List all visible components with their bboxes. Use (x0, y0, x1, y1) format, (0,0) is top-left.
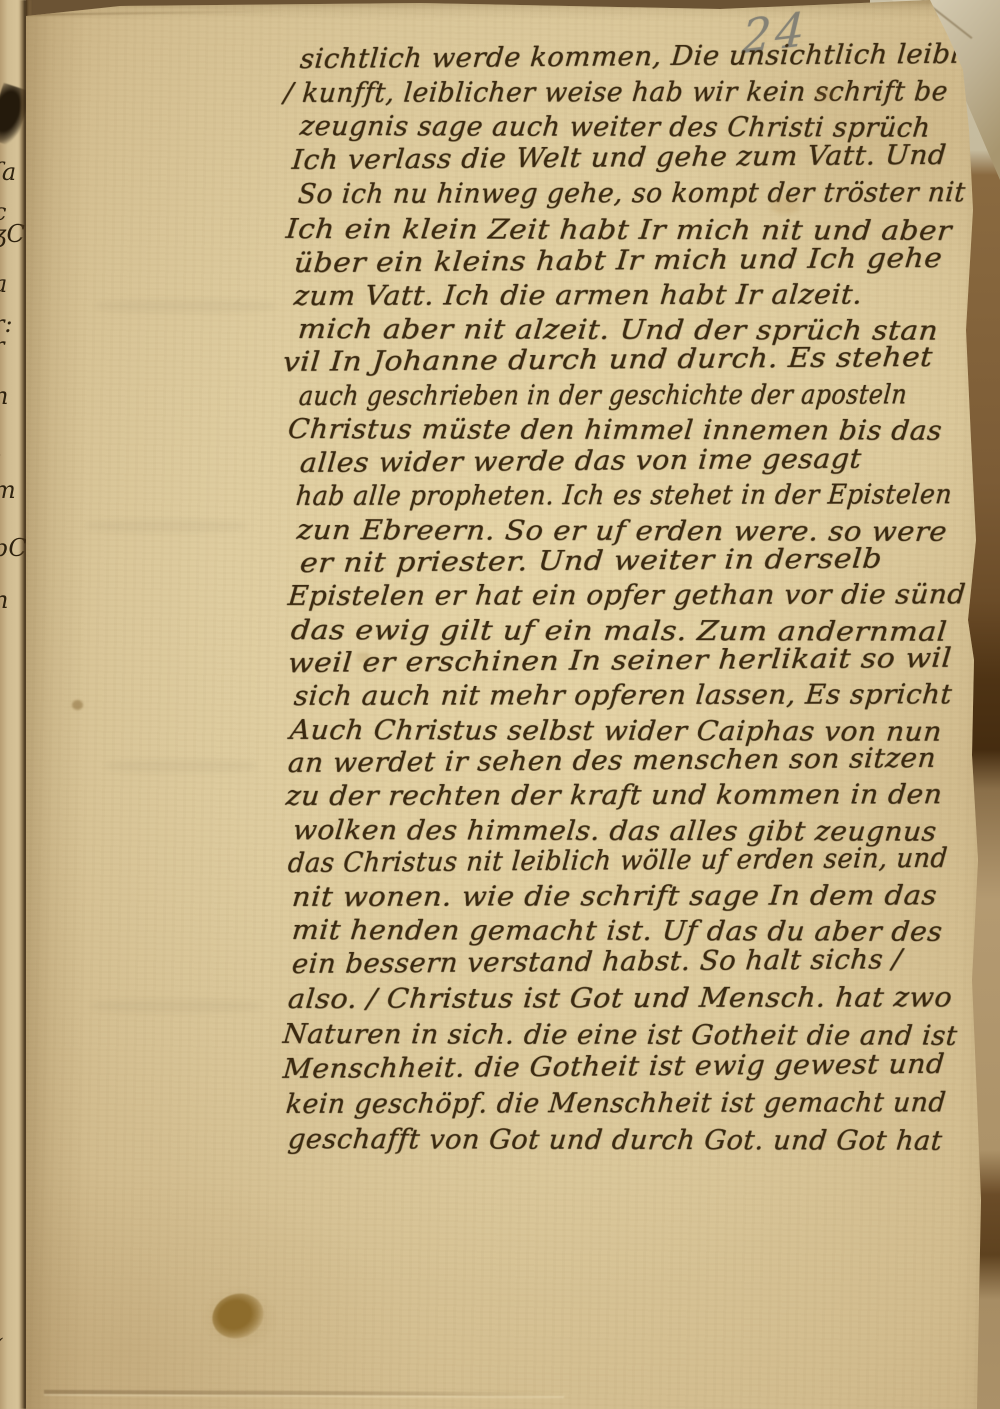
manuscript-line: zu der rechten der kraft und kommen in d… (285, 781, 944, 810)
bleedthrough-mark: m (0, 478, 16, 502)
manuscript-line: nit wonen. wie die schrift sage In dem d… (291, 882, 938, 911)
bleedthrough-mark: ( (0, 1336, 2, 1360)
manuscript-line: zum Vatt. Ich die armen habt Ir alzeit. (293, 282, 864, 310)
manuscript-line: wolken des himmels. das alles gibt zeugn… (292, 817, 938, 846)
bleedthrough-mark: a (0, 272, 7, 296)
foxing-spot (814, 88, 836, 102)
manuscript-line: sich auch nit mehr opferen lassen, Es sp… (293, 681, 953, 710)
manuscript-line: er nit priester. Und weiter in derselb (299, 545, 883, 577)
manuscript-line: mich aber nit alzeit. Und der sprüch sta… (297, 316, 940, 345)
manuscript-line: vil In Johanne durch und durch. Es stehe… (282, 344, 934, 376)
manuscript-line: das ewig gilt uf ein mals. Zum andernmal (290, 617, 948, 646)
manuscript-page: 24 sichtlich werde kommen, Die unsichtli… (26, 0, 1000, 1409)
manuscript-line: / kunfft, leiblicher weise hab wir kein … (283, 78, 949, 107)
manuscript-line: über ein kleins habt Ir mich und Ich geh… (293, 245, 944, 277)
bleedthrough-mark: r (0, 334, 4, 358)
manuscript-line: Christus müste den himmel innemen bis da… (287, 416, 944, 445)
foxing-spot (770, 198, 800, 214)
manuscript-scan: ſacʒCar:rn-mbCn( 24 sichtlich werde komm… (0, 0, 1000, 1409)
manuscript-line: hab alle propheten. Ich es stehet in der… (295, 481, 953, 510)
manuscript-line: also. / Christus ist Got und Mensch. hat… (287, 984, 954, 1013)
manuscript-line: zun Ebreern. So er uf erden were. so wer… (296, 517, 949, 546)
manuscript-line: Ich verlass die Welt und gehe zum Vatt. … (291, 142, 948, 174)
manuscript-line: alles wider werde das von ime gesagt (299, 446, 863, 477)
manuscript-line: Epistelen er hat ein opfer gethan vor di… (287, 581, 967, 610)
manuscript-line: sichtlich werde kommen, Die unsichtlich … (299, 41, 961, 73)
bleedthrough-mark: - (0, 442, 1, 466)
manuscript-line: an werdet ir sehen des menschen son sitz… (287, 745, 937, 777)
text-block: sichtlich werde kommen, Die unsichtlich … (26, 0, 1000, 1409)
manuscript-line: Auch Christus selbst wider Caiphas von n… (289, 717, 943, 746)
manuscript-line: mit henden gemacht ist. Uf das du aber d… (291, 917, 944, 946)
manuscript-line: So ich nu hinweg gehe, so kompt der trös… (297, 179, 967, 208)
foxing-spot (356, 652, 370, 662)
bleedthrough-mark: n (0, 588, 8, 612)
bleedthrough-mark: ſa (0, 160, 16, 184)
manuscript-line: Menschheit. die Gotheit ist ewig gewest … (282, 1051, 946, 1083)
bleedthrough-mark: n (0, 384, 8, 408)
small-stain (72, 700, 83, 710)
manuscript-line: geschafft von Got und durch Got. und Got… (287, 1126, 944, 1155)
manuscript-line: Ich ein klein Zeit habt Ir mich nit und … (285, 216, 953, 245)
manuscript-line: kein geschöpf. die Menschheit ist gemach… (285, 1089, 947, 1118)
manuscript-line: weil er erschinen In seiner herlikait so… (287, 645, 953, 677)
manuscript-line: auch geschrieben in der geschichte der a… (298, 381, 908, 410)
manuscript-line: zeugnis sage auch weiter des Christi spr… (299, 113, 932, 142)
manuscript-line: das Christus nit leiblich wölle uf erden… (287, 845, 949, 877)
manuscript-line: Naturen in sich. die eine ist Gotheit di… (282, 1021, 959, 1050)
manuscript-line: ein bessern verstand habst. So halt sich… (291, 946, 903, 978)
